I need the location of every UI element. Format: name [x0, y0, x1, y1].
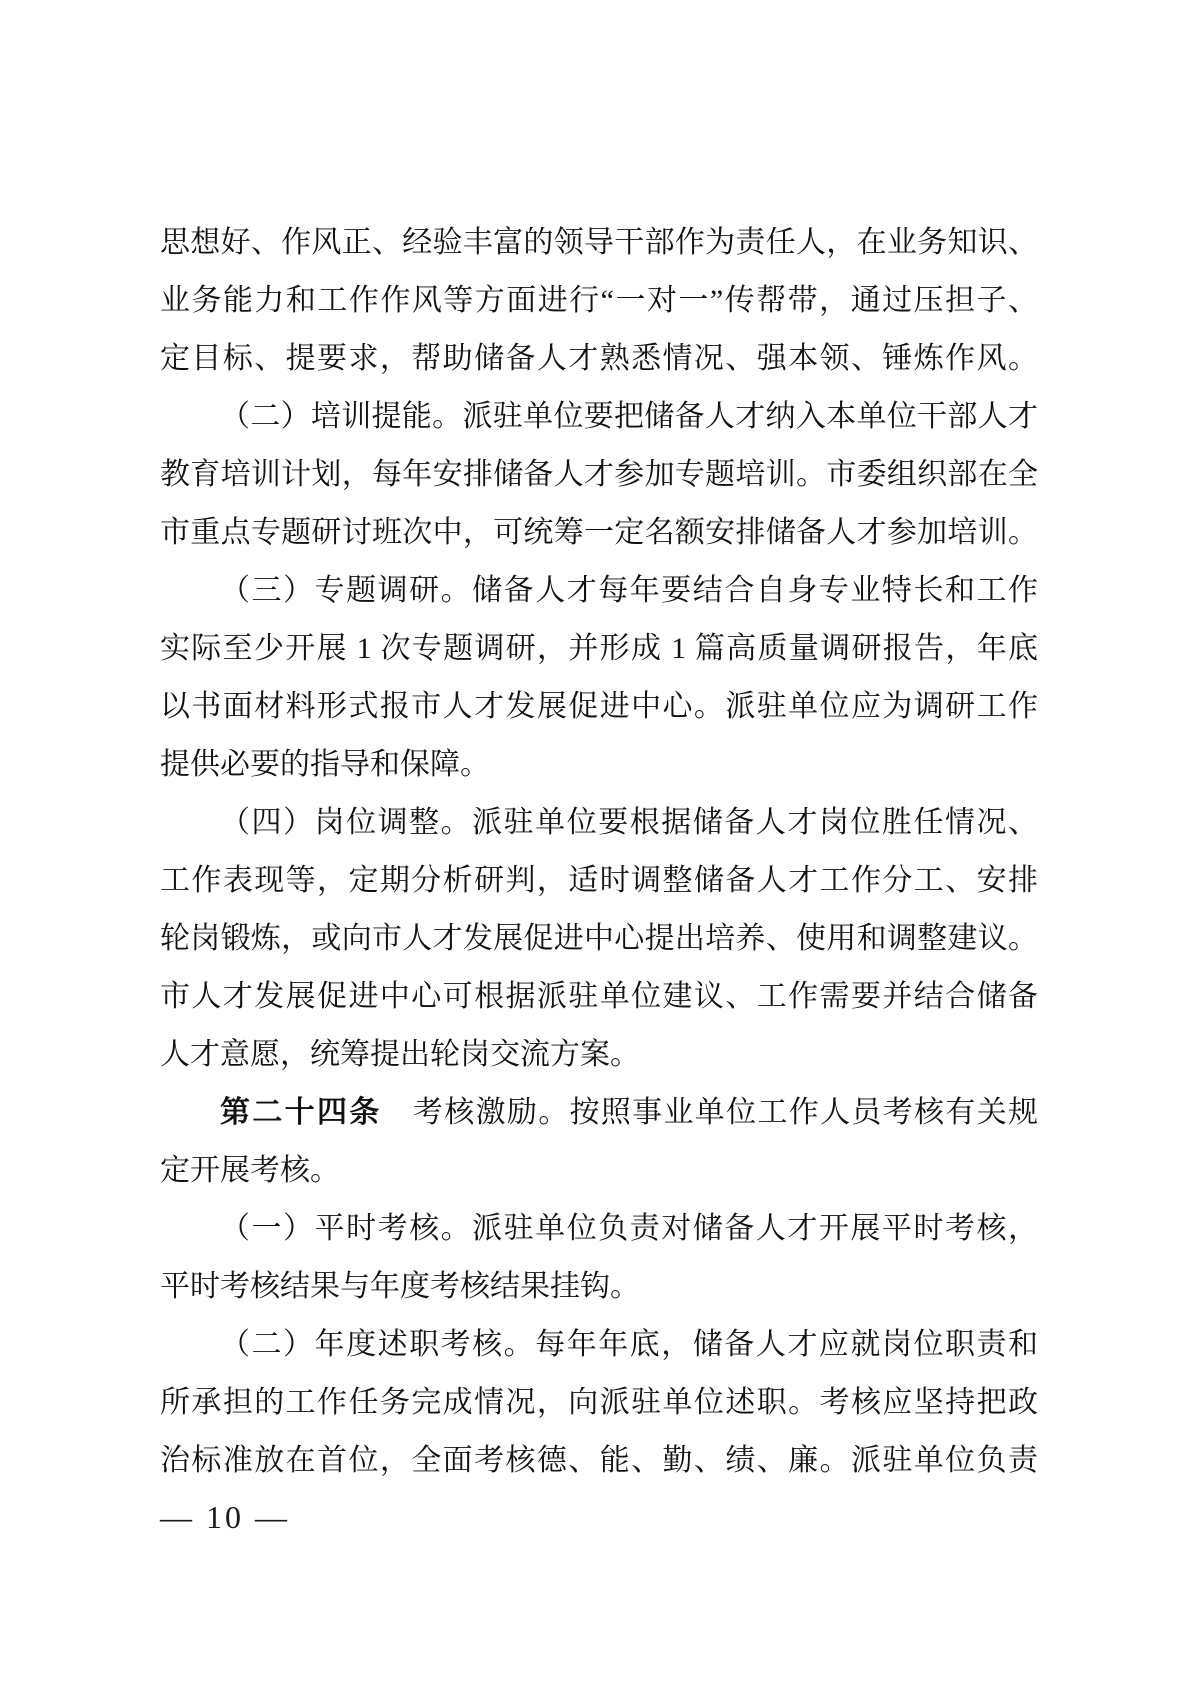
text-line: 业务能力和工作作风等方面进行“一对一”传帮带，通过压担子、 — [160, 272, 1038, 330]
article-number: 第二十四条 — [220, 1096, 382, 1129]
text-line: 教育培训计划，每年安排储备人才参加专题培训。市委组织部在全 — [160, 446, 1038, 504]
text-line: 思想好、作风正、经验丰富的领导干部作为责任人，在业务知识、 — [160, 214, 1038, 272]
text-line: 人才意愿，统筹提出轮岗交流方案。 — [160, 1026, 1038, 1084]
document-body: 思想好、作风正、经验丰富的领导干部作为责任人，在业务知识、业务能力和工作作风等方… — [160, 214, 1038, 1490]
page-footer: — 10 — — [160, 1496, 290, 1538]
text-line: 实际至少开展 1 次专题调研，并形成 1 篇高质量调研报告，年底 — [160, 620, 1038, 678]
document-page: 思想好、作风正、经验丰富的领导干部作为责任人，在业务知识、业务能力和工作作风等方… — [0, 0, 1191, 1684]
text-line: （二）培训提能。派驻单位要把储备人才纳入本单位干部人才 — [160, 388, 1038, 446]
text-line: 定目标、提要求，帮助储备人才熟悉情况、强本领、锤炼作风。 — [160, 330, 1038, 388]
text-line: （三）专题调研。储备人才每年要结合自身专业特长和工作 — [160, 562, 1038, 620]
article-heading-line: 第二十四条 考核激励。按照事业单位工作人员考核有关规 — [160, 1084, 1038, 1142]
text-line: 市人才发展促进中心可根据派驻单位建议、工作需要并结合储备 — [160, 968, 1038, 1026]
page-number: — 10 — — [160, 1499, 290, 1535]
text-line: 轮岗锻炼，或向市人才发展促进中心提出培养、使用和调整建议。 — [160, 910, 1038, 968]
text-line: 提供必要的指导和保障。 — [160, 736, 1038, 794]
text-line: 所承担的工作任务完成情况，向派驻单位述职。考核应坚持把政 — [160, 1374, 1038, 1432]
text-line: 定开展考核。 — [160, 1142, 1038, 1200]
text-line: 工作表现等，定期分析研判，适时调整储备人才工作分工、安排 — [160, 852, 1038, 910]
text-line: 平时考核结果与年度考核结果挂钩。 — [160, 1258, 1038, 1316]
text-line: 治标准放在首位，全面考核德、能、勤、绩、廉。派驻单位负责 — [160, 1432, 1038, 1490]
text-line: （四）岗位调整。派驻单位要根据储备人才岗位胜任情况、 — [160, 794, 1038, 852]
text-line: 市重点专题研讨班次中，可统筹一定名额安排储备人才参加培训。 — [160, 504, 1038, 562]
text-line: （二）年度述职考核。每年年底，储备人才应就岗位职责和 — [160, 1316, 1038, 1374]
text-line: （一）平时考核。派驻单位负责对储备人才开展平时考核， — [160, 1200, 1038, 1258]
text-line: 以书面材料形式报市人才发展促进中心。派驻单位应为调研工作 — [160, 678, 1038, 736]
